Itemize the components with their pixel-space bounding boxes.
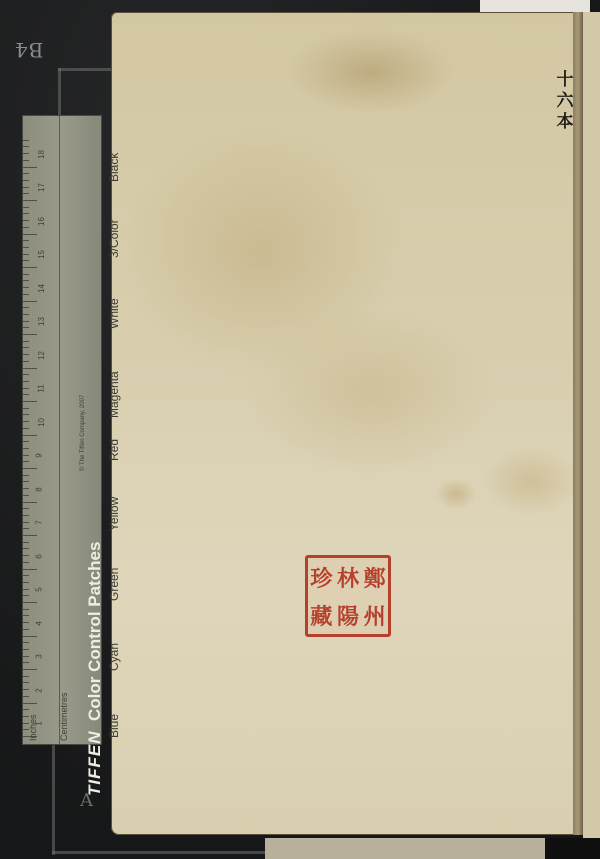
ruler-number: 14	[37, 284, 46, 293]
seal-char: 州	[361, 596, 388, 634]
ruler-tick	[23, 609, 29, 610]
ruler-tick	[23, 682, 29, 683]
ruler-tick	[23, 689, 29, 690]
patch-label-white: White	[107, 298, 121, 329]
brand-logo: TIFFEN	[85, 731, 105, 797]
ruler-tick	[23, 394, 29, 395]
ruler-tick	[23, 381, 29, 382]
ruler-tick	[23, 347, 29, 348]
ruler-number: 16	[37, 217, 46, 226]
ruler-tick	[23, 254, 29, 255]
patch-label-3color: 3/Color	[107, 219, 121, 258]
ruler-number: 5	[35, 587, 44, 591]
ruler-tick	[23, 495, 29, 496]
book-page	[111, 12, 579, 835]
ruler-number: 6	[35, 554, 44, 558]
ruler-number: 3	[35, 654, 44, 658]
ruler-number: 4	[35, 621, 44, 625]
ruler-tick	[23, 656, 29, 657]
ruler-tick	[23, 167, 37, 168]
ruler-tick	[23, 468, 37, 469]
ruler-tick	[23, 562, 29, 563]
units-inches: Inches	[28, 714, 38, 741]
ruler-tick	[23, 234, 37, 235]
ruler-tick	[23, 575, 29, 576]
copyright-text: © The Tiffen Company, 2007	[80, 395, 86, 471]
ruler-tick	[23, 642, 29, 643]
ruler-tick	[23, 213, 29, 214]
seal-char: 藏	[308, 596, 335, 634]
ruler-tick	[23, 361, 29, 362]
ruler-tick	[23, 696, 29, 697]
ruler-tick	[23, 629, 29, 630]
ruler-tick	[23, 428, 29, 429]
patch-label-red: Red	[107, 439, 121, 461]
ruler-tick	[23, 481, 29, 482]
ruler-tick	[23, 502, 37, 503]
grid-line	[52, 851, 267, 854]
ruler-tick	[23, 441, 29, 442]
ruler-tick	[23, 341, 29, 342]
ruler-tick	[23, 475, 29, 476]
ruler-tick	[23, 140, 29, 141]
seal-char: 珍	[308, 558, 335, 596]
ruler-tick	[23, 703, 37, 704]
ruler-tick	[23, 649, 29, 650]
patch-label-blue: Blue	[107, 714, 121, 738]
strip-title: Color Control Patches	[85, 542, 105, 721]
ruler-tick	[23, 301, 37, 302]
ruler-tick	[23, 260, 29, 261]
ruler-number: 18	[37, 150, 46, 159]
grid-label-top-left: B4	[14, 38, 43, 62]
ruler-tick	[23, 368, 37, 369]
patch-label-magenta: Magenta	[107, 371, 121, 418]
grid-line	[58, 68, 118, 71]
color-control-strip: 123456789101112131415161718 TIFFEN Color…	[22, 115, 102, 745]
ruler-number: 12	[37, 351, 46, 360]
ruler-tick	[23, 522, 29, 523]
ruler-tick	[23, 615, 29, 616]
ruler-tick	[23, 528, 29, 529]
ruler-tick	[23, 401, 37, 402]
ruler-tick	[23, 220, 29, 221]
ruler-number: 17	[37, 183, 46, 192]
ruler-tick	[23, 227, 29, 228]
background-dark-corner	[545, 838, 600, 859]
ruler-scale: 123456789101112131415161718	[23, 116, 60, 744]
ruler-tick	[23, 542, 29, 543]
ruler-number: 7	[35, 520, 44, 524]
ruler-number: 10	[37, 418, 46, 427]
ruler-tick	[23, 535, 37, 536]
ruler-tick	[23, 676, 29, 677]
ruler-tick	[23, 548, 29, 549]
ruler-tick	[23, 247, 29, 248]
ruler-tick	[23, 602, 37, 603]
ruler-tick	[23, 374, 29, 375]
ruler-number: 2	[35, 688, 44, 692]
ruler-tick	[23, 267, 37, 268]
grid-line	[52, 745, 55, 855]
ruler-tick	[23, 515, 29, 516]
patch-label-yellow: Yellow	[107, 497, 121, 531]
ruler-number: 13	[37, 317, 46, 326]
ruler-tick	[23, 461, 29, 462]
ruler-tick	[23, 314, 29, 315]
ruler-tick	[23, 193, 29, 194]
ruler-tick	[23, 388, 29, 389]
ruler-tick	[23, 240, 29, 241]
adjacent-page	[583, 12, 600, 838]
ruler-tick	[23, 153, 29, 154]
ruler-tick	[23, 287, 29, 288]
grid-line	[58, 68, 61, 118]
ruler-tick	[23, 669, 37, 670]
ruler-tick	[23, 307, 29, 308]
ruler-tick	[23, 662, 29, 663]
ruler-number: 8	[35, 487, 44, 491]
patch-label-black: Black	[107, 153, 121, 182]
ruler-tick	[23, 334, 37, 335]
ruler-tick	[23, 582, 29, 583]
ruler-tick	[23, 589, 29, 590]
ruler-tick	[23, 636, 37, 637]
ruler-tick	[23, 408, 29, 409]
ruler-tick	[23, 709, 29, 710]
ruler-tick	[23, 200, 37, 201]
ruler-tick	[23, 488, 29, 489]
ruler-tick	[23, 180, 29, 181]
ruler-tick	[23, 327, 29, 328]
seal-char: 林	[335, 558, 362, 596]
units-centimetres: Centimetres	[59, 692, 69, 741]
seal-char: 陽	[335, 596, 362, 634]
red-seal-stamp: 鄭 林 珍 州 陽 藏	[305, 555, 391, 637]
ruler-tick	[23, 173, 29, 174]
patch-label-green: Green	[107, 568, 121, 601]
ruler-tick	[23, 354, 29, 355]
ruler-number: 11	[37, 384, 46, 392]
ruler-number: 15	[37, 250, 46, 259]
ruler-tick	[23, 414, 29, 415]
ruler-tick	[23, 146, 29, 147]
ruler-tick	[23, 455, 29, 456]
ruler-tick	[23, 622, 29, 623]
ruler-tick	[23, 569, 37, 570]
patch-label-cyan: Cyan	[107, 643, 121, 671]
ruler-tick	[23, 508, 29, 509]
ruler-tick	[23, 274, 29, 275]
ruler-number: 9	[35, 453, 44, 457]
seal-char: 鄭	[361, 558, 388, 596]
ruler-tick	[23, 595, 29, 596]
ruler-tick	[23, 555, 29, 556]
ruler-tick	[23, 207, 29, 208]
ruler-tick	[23, 435, 37, 436]
ruler-tick	[23, 187, 29, 188]
ruler-tick	[23, 321, 29, 322]
ruler-tick	[23, 421, 29, 422]
ruler-tick	[23, 294, 29, 295]
page-fold	[573, 12, 583, 835]
ruler-tick	[23, 280, 29, 281]
margin-volume-label: 十六本	[555, 70, 575, 133]
ruler-tick	[23, 448, 29, 449]
ruler-tick	[23, 160, 29, 161]
